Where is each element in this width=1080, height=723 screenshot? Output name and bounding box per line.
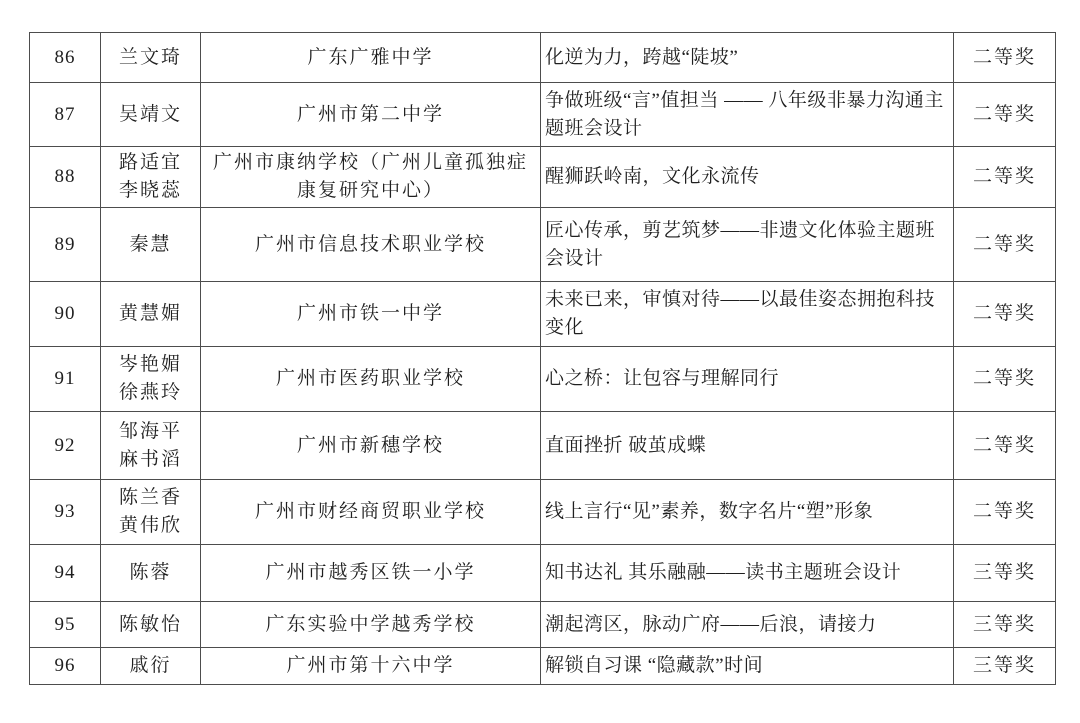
school-cell: 广州市康纳学校（广州儿童孤独症 康复研究中心） [201, 147, 541, 208]
row-number-cell: 91 [30, 347, 101, 412]
title-cell: 知书达礼 其乐融融——读书主题班会设计 [541, 545, 954, 602]
title-cell: 心之桥：让包容与理解同行 [541, 347, 954, 412]
awards-table-container: 86 兰文琦 广东广雅中学 化逆为力，跨越“陡坡” 二等奖 87 吴靖文 广州市… [29, 32, 1055, 685]
name-cell: 兰文琦 [101, 33, 201, 83]
row-number-cell: 89 [30, 208, 101, 282]
table-row: 90 黄慧媚 广州市铁一中学 未来已来，审慎对待——以最佳姿态拥抱科技变化 二等… [30, 282, 1056, 347]
school-cell: 广东广雅中学 [201, 33, 541, 83]
award-cell: 二等奖 [954, 83, 1056, 147]
name-cell: 陈敏怡 [101, 602, 201, 648]
school-cell: 广州市信息技术职业学校 [201, 208, 541, 282]
name-cell: 陈兰香 黄伟欣 [101, 480, 201, 545]
award-cell: 二等奖 [954, 33, 1056, 83]
row-number-cell: 86 [30, 33, 101, 83]
award-cell: 二等奖 [954, 412, 1056, 480]
title-cell: 争做班级“言”值担当 —— 八年级非暴力沟通主题班会设计 [541, 83, 954, 147]
table-row: 86 兰文琦 广东广雅中学 化逆为力，跨越“陡坡” 二等奖 [30, 33, 1056, 83]
school-cell: 广州市铁一中学 [201, 282, 541, 347]
row-number-cell: 87 [30, 83, 101, 147]
document-page: 86 兰文琦 广东广雅中学 化逆为力，跨越“陡坡” 二等奖 87 吴靖文 广州市… [0, 0, 1080, 723]
table-row: 93 陈兰香 黄伟欣 广州市财经商贸职业学校 线上言行“见”素养，数字名片“塑”… [30, 480, 1056, 545]
award-cell: 二等奖 [954, 480, 1056, 545]
awards-table: 86 兰文琦 广东广雅中学 化逆为力，跨越“陡坡” 二等奖 87 吴靖文 广州市… [29, 32, 1056, 685]
title-cell: 潮起湾区，脉动广府——后浪，请接力 [541, 602, 954, 648]
name-cell: 岑艳媚 徐燕玲 [101, 347, 201, 412]
name-cell: 吴靖文 [101, 83, 201, 147]
row-number-cell: 95 [30, 602, 101, 648]
title-cell: 解锁自习课 “隐藏款”时间 [541, 648, 954, 685]
title-cell: 未来已来，审慎对待——以最佳姿态拥抱科技变化 [541, 282, 954, 347]
school-cell: 广东实验中学越秀学校 [201, 602, 541, 648]
row-number-cell: 93 [30, 480, 101, 545]
table-row: 95 陈敏怡 广东实验中学越秀学校 潮起湾区，脉动广府——后浪，请接力 三等奖 [30, 602, 1056, 648]
table-row: 87 吴靖文 广州市第二中学 争做班级“言”值担当 —— 八年级非暴力沟通主题班… [30, 83, 1056, 147]
title-cell: 匠心传承，剪艺筑梦——非遗文化体验主题班会设计 [541, 208, 954, 282]
school-cell: 广州市第十六中学 [201, 648, 541, 685]
title-cell: 化逆为力，跨越“陡坡” [541, 33, 954, 83]
school-cell: 广州市财经商贸职业学校 [201, 480, 541, 545]
award-cell: 三等奖 [954, 545, 1056, 602]
name-cell: 黄慧媚 [101, 282, 201, 347]
table-row: 91 岑艳媚 徐燕玲 广州市医药职业学校 心之桥：让包容与理解同行 二等奖 [30, 347, 1056, 412]
award-cell: 二等奖 [954, 147, 1056, 208]
title-cell: 线上言行“见”素养，数字名片“塑”形象 [541, 480, 954, 545]
row-number-cell: 90 [30, 282, 101, 347]
school-cell: 广州市医药职业学校 [201, 347, 541, 412]
award-cell: 三等奖 [954, 648, 1056, 685]
award-cell: 三等奖 [954, 602, 1056, 648]
school-cell: 广州市越秀区铁一小学 [201, 545, 541, 602]
title-cell: 醒狮跃岭南，文化永流传 [541, 147, 954, 208]
title-cell: 直面挫折 破茧成蝶 [541, 412, 954, 480]
name-cell: 戚衍 [101, 648, 201, 685]
name-cell: 秦慧 [101, 208, 201, 282]
row-number-cell: 94 [30, 545, 101, 602]
table-row: 89 秦慧 广州市信息技术职业学校 匠心传承，剪艺筑梦——非遗文化体验主题班会设… [30, 208, 1056, 282]
row-number-cell: 92 [30, 412, 101, 480]
table-row: 96 戚衍 广州市第十六中学 解锁自习课 “隐藏款”时间 三等奖 [30, 648, 1056, 685]
name-cell: 陈蓉 [101, 545, 201, 602]
table-row: 94 陈蓉 广州市越秀区铁一小学 知书达礼 其乐融融——读书主题班会设计 三等奖 [30, 545, 1056, 602]
row-number-cell: 88 [30, 147, 101, 208]
row-number-cell: 96 [30, 648, 101, 685]
school-cell: 广州市第二中学 [201, 83, 541, 147]
table-row: 88 路适宜 李晓蕊 广州市康纳学校（广州儿童孤独症 康复研究中心） 醒狮跃岭南… [30, 147, 1056, 208]
award-cell: 二等奖 [954, 208, 1056, 282]
table-row: 92 邹海平 麻书滔 广州市新穗学校 直面挫折 破茧成蝶 二等奖 [30, 412, 1056, 480]
award-cell: 二等奖 [954, 347, 1056, 412]
award-cell: 二等奖 [954, 282, 1056, 347]
school-cell: 广州市新穗学校 [201, 412, 541, 480]
name-cell: 邹海平 麻书滔 [101, 412, 201, 480]
name-cell: 路适宜 李晓蕊 [101, 147, 201, 208]
